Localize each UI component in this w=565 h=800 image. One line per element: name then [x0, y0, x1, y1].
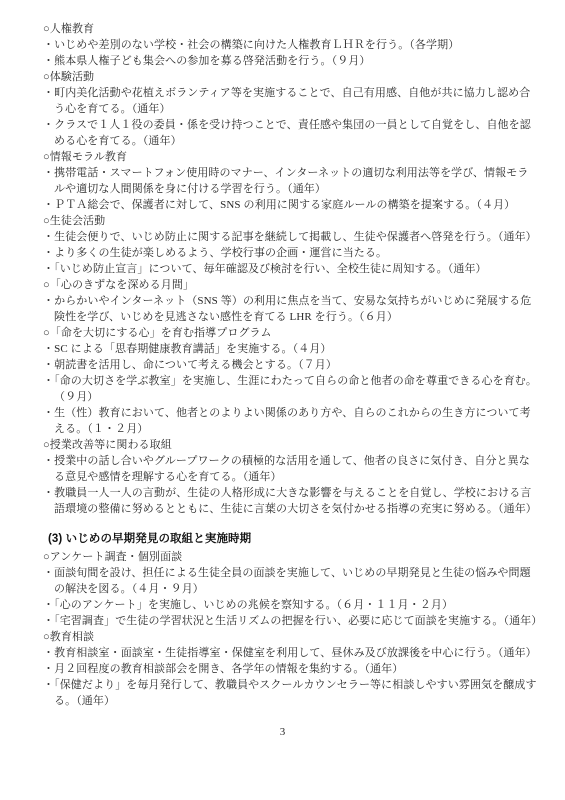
text-line: ○アンケート調査・個別面談	[43, 549, 555, 565]
text-line: ・からかいやインターネット（SNS 等）の利用に焦点を当て、安易な気持ちがいじめ…	[43, 293, 555, 309]
text-line: ・SC による「思春期健康教育講話」を実施する。（４月）	[43, 341, 555, 357]
text-line: ・生（性）教育において、他者とのよりよい関係のあり方や、自らのこれからの生き方に…	[43, 405, 555, 421]
text-line: ○生徒会活動	[43, 213, 555, 229]
text-line: 険性を学び、いじめを見逃さない感性を育てる LHR を行う。（６月）	[43, 309, 555, 325]
text-line: ・教職員一人一人の言動が、生徒の人格形成に大きな影響を与えることを自覚し、学校に…	[43, 485, 555, 501]
text-line: ・生徒会便りで、いじめ防止に関する記事を継続して掲載し、生徒や保護者へ啓発を行う…	[43, 229, 555, 245]
text-line: ・より多くの生徒が楽しめるよう、学校行事の企画・運営に当たる。	[43, 245, 555, 261]
text-line: の解決を図る。（４月・９月）	[43, 581, 555, 597]
text-line: （９月）	[43, 389, 555, 405]
text-line: る。（通年）	[43, 693, 555, 709]
text-line: ・ＰＴＡ総会で、保護者に対して、SNS の利用に関する家庭ルールの構築を提案する…	[43, 197, 555, 213]
text-line: ○人権教育	[43, 21, 555, 37]
text-line: える。（１・２月）	[43, 421, 555, 437]
text-line: ・教育相談室・面談室・生徒指導室・保健室を利用して、昼休み及び放課後を中心に行う…	[43, 645, 555, 661]
text-line: ・「命の大切さを学ぶ教室」を実施し、生涯にわたって自らの命と他者の命を尊重できる…	[43, 373, 555, 389]
section-heading: (3) いじめの早期発見の取組と実施時期	[43, 530, 555, 549]
text-line: ・「心のアンケート」を実施し、いじめの兆候を察知する。（６月・１１月・２月）	[43, 597, 555, 613]
text-line: める心を育てる。（通年）	[43, 133, 555, 149]
document-page: ○人権教育・いじめや差別のない学校・社会の構築に向けた人権教育ＬＨＲを行う。（各…	[0, 0, 565, 800]
text-line: ・月２回程度の教育相談部会を開き、各学年の情報を集約する。（通年）	[43, 661, 555, 677]
text-line: ○「命を大切にする心」を育む指導プログラム	[43, 325, 555, 341]
text-line: ○授業改善等に関わる取組	[43, 437, 555, 453]
text-line: る意見や感情を理解する心を育てる。（通年）	[43, 469, 555, 485]
text-line: ・熊本県人権子ども集会への参加を募る啓発活動を行う。（９月）	[43, 53, 555, 69]
text-line: ・面談旬間を設け、担任による生徒全員の面談を実施して、いじめの早期発見と生徒の悩…	[43, 565, 555, 581]
text-line: ・「保健だより」を毎月発行して、教職員やスクールカウンセラー等に相談しやすい雰囲…	[43, 677, 555, 693]
text-line: ・授業中の話し合いやグループワークの積極的な活用を通して、他者の良さに気付き、自…	[43, 453, 555, 469]
text-line: ・クラスで１人１役の委員・係を受け持つことで、責任感や集団の一員として自覚をし、…	[43, 117, 555, 133]
text-line: ・携帯電話・スマートフォン使用時のマナー、インターネットの適切な利用法等を学び、…	[43, 165, 555, 181]
text-line: 語環境の整備に努めるとともに、生徒に言葉の大切さを気付かせる指導の充実に努める。…	[43, 501, 555, 517]
text-line: ・町内美化活動や花植えボランティア等を実施することで、自己有用感、自他が共に協力…	[43, 85, 555, 101]
text-line: ・「いじめ防止宣言」について、毎年確認及び検討を行い、全校生徒に周知する。（通年…	[43, 261, 555, 277]
text-line: ・「宅習調査」で生徒の学習状況と生活リズムの把握を行い、必要に応じて面談を実施す…	[43, 613, 555, 629]
page-content: ○人権教育・いじめや差別のない学校・社会の構築に向けた人権教育ＬＨＲを行う。（各…	[43, 21, 555, 709]
text-line: ○教育相談	[43, 629, 555, 645]
text-line: ○「心のきずなを深める月間」	[43, 277, 555, 293]
page-number: 3	[0, 724, 565, 740]
text-line: ・いじめや差別のない学校・社会の構築に向けた人権教育ＬＨＲを行う。（各学期）	[43, 37, 555, 53]
text-line: う心を育てる。（通年）	[43, 101, 555, 117]
text-line: ・朝読書を活用し、命について考える機会とする。（７月）	[43, 357, 555, 373]
text-line: ○体験活動	[43, 69, 555, 85]
text-line	[43, 517, 555, 530]
text-line: ○情報モラル教育	[43, 149, 555, 165]
text-line: ルや適切な人間関係を身に付ける学習を行う。（通年）	[43, 181, 555, 197]
